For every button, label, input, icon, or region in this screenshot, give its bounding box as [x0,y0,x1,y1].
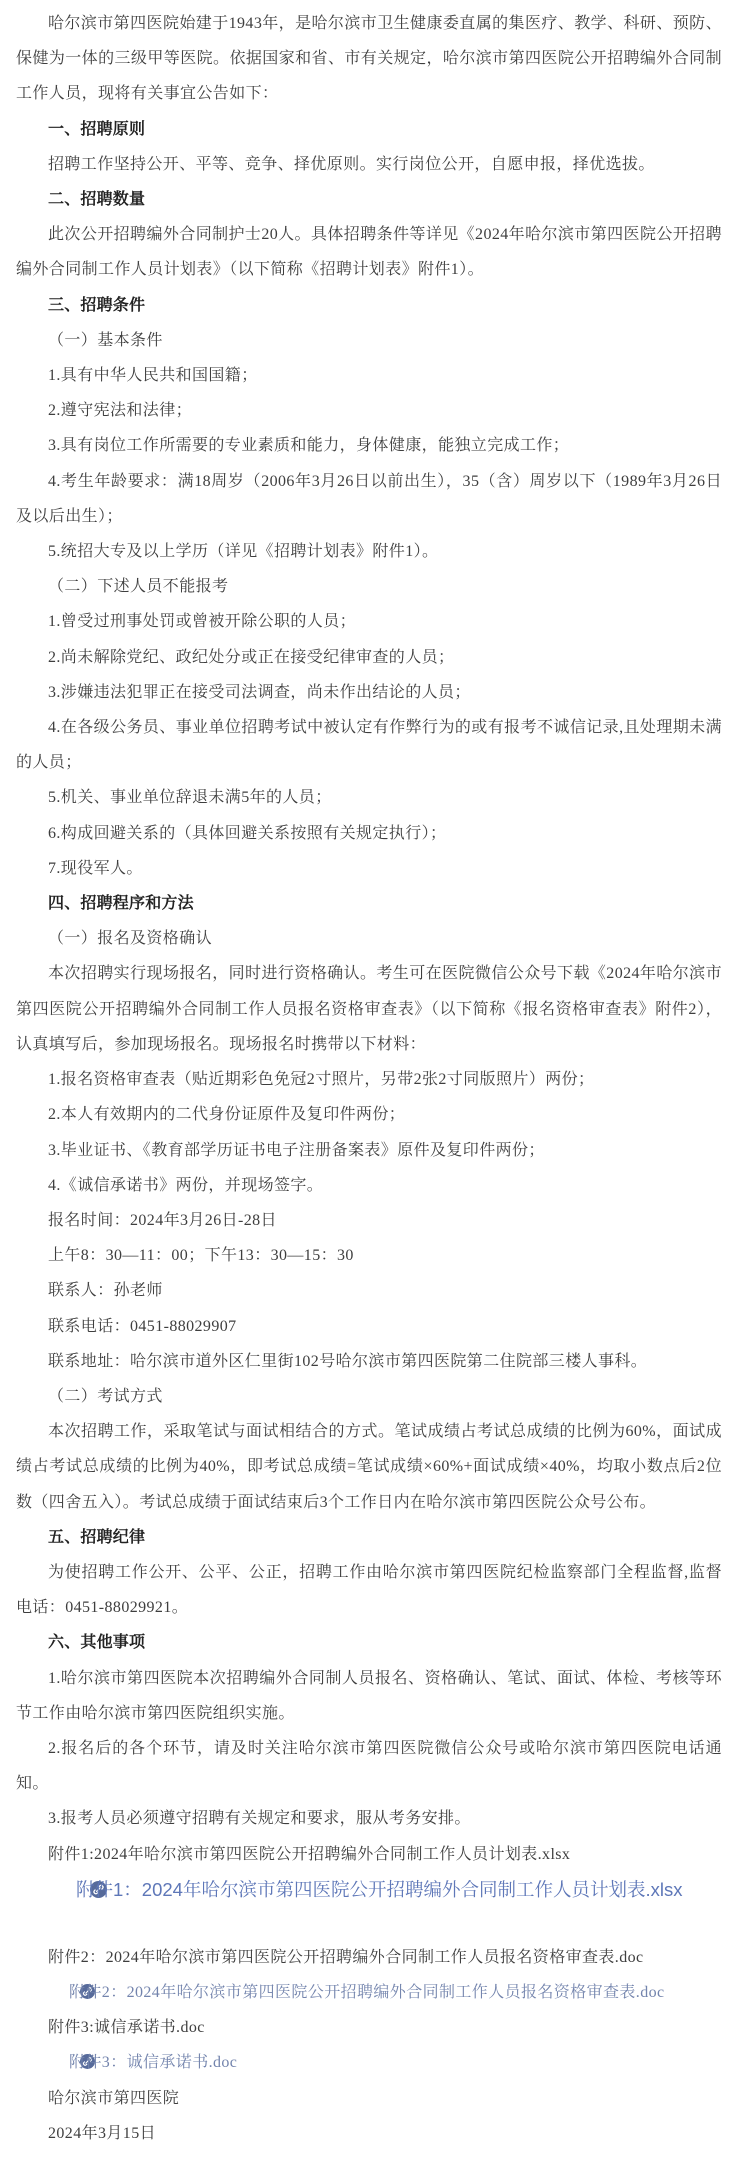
attachment-download-link[interactable]: 附件3：诚信承诺书.doc [16,2045,722,2080]
list-paragraph: 2.尚未解除党纪、政纪处分或正在接受纪律审查的人员； [16,640,722,675]
section-heading: 三、招聘条件 [16,288,722,323]
list-paragraph: 4.在各级公务员、事业单位招聘考试中被认定有作弊行为的或有报考不诚信记录,且处理… [16,710,722,780]
sub-heading: （一）报名及资格确认 [16,921,722,956]
section-heading: 一、招聘原则 [16,112,722,147]
list-paragraph: 7.现役军人。 [16,851,722,886]
attachment-link-label: 附件3：诚信承诺书.doc [69,2054,237,2071]
attachment-download-link[interactable]: 附件2：2024年哈尔滨市第四医院公开招聘编外合同制工作人员报名资格审查表.do… [16,1975,722,2010]
list-paragraph: 3.报考人员必须遵守招聘有关规定和要求，服从考务安排。 [16,1801,722,1836]
sub-heading: （二）下述人员不能报考 [16,569,722,604]
list-paragraph: 4.《诚信承诺书》两份，并现场签字。 [16,1168,722,1203]
attachment-link-icon [48,1977,63,1992]
list-paragraph: 5.统招大专及以上学历（详见《招聘计划表》附件1）。 [16,534,722,569]
list-paragraph: 6.构成回避关系的（具体回避关系按照有关规定执行）； [16,816,722,851]
section-heading: 六、其他事项 [16,1625,722,1660]
list-paragraph: 3.涉嫌违法犯罪正在接受司法调查，尚未作出结论的人员； [16,675,722,710]
announcement-document: 哈尔滨市第四医院始建于1943年，是哈尔滨市卫生健康委直属的集医疗、教学、科研、… [0,0,744,2176]
list-paragraph: 2.遵守宪法和法律； [16,393,722,428]
attachment-link-label: 附件1：2024年哈尔滨市第四医院公开招聘编外合同制工作人员计划表.xlsx [76,1879,682,1900]
list-paragraph: 1.报名资格审查表（贴近期彩色免冠2寸照片，另带2张2寸同版照片）两份； [16,1062,722,1097]
list-paragraph: 2.本人有效期内的二代身份证原件及复印件两份； [16,1097,722,1132]
attachment-download-link[interactable]: 附件1：2024年哈尔滨市第四医院公开招聘编外合同制工作人员计划表.xlsx [16,1872,722,1908]
list-paragraph: 2.报名后的各个环节，请及时关注哈尔滨市第四医院微信公众号或哈尔滨市第四医院电话… [16,1731,722,1801]
paragraph: 哈尔滨市第四医院始建于1943年，是哈尔滨市卫生健康委直属的集医疗、教学、科研、… [16,6,722,112]
list-paragraph: 1.哈尔滨市第四医院本次招聘编外合同制人员报名、资格确认、笔试、面试、体检、考核… [16,1661,722,1731]
section-heading: 五、招聘纪律 [16,1520,722,1555]
list-paragraph: 1.具有中华人民共和国国籍； [16,358,722,393]
signature-line: 哈尔滨市第四医院 [16,2081,722,2116]
list-paragraph: 上午8：30—11：00；下午13：30—15：30 [16,1238,722,1273]
section-heading: 四、招聘程序和方法 [16,886,722,921]
attachment-link-icon [48,2047,63,2062]
paragraph: 此次公开招聘编外合同制护士20人。具体招聘条件等详见《2024年哈尔滨市第四医院… [16,217,722,287]
attachment-link-icon [53,1874,70,1891]
attachment-filename-text: 附件2：2024年哈尔滨市第四医院公开招聘编外合同制工作人员报名资格审查表.do… [16,1940,722,1975]
section-heading: 二、招聘数量 [16,182,722,217]
list-paragraph: 1.曾受过刑事处罚或曾被开除公职的人员； [16,604,722,639]
list-paragraph: 5.机关、事业单位辞退未满5年的人员； [16,780,722,815]
list-paragraph: 联系地址：哈尔滨市道外区仁里街102号哈尔滨市第四医院第二住院部三楼人事科。 [16,1344,722,1379]
sub-heading: （二）考试方式 [16,1379,722,1414]
list-paragraph: 3.具有岗位工作所需要的专业素质和能力，身体健康，能独立完成工作； [16,428,722,463]
list-paragraph: 联系电话：0451-88029907 [16,1309,722,1344]
list-paragraph: 4.考生年龄要求：满18周岁（2006年3月26日以前出生），35（含）周岁以下… [16,464,722,534]
list-paragraph: 联系人：孙老师 [16,1273,722,1308]
list-paragraph: 3.毕业证书、《教育部学历证书电子注册备案表》原件及复印件两份； [16,1133,722,1168]
sub-heading: （一）基本条件 [16,323,722,358]
attachment-link-label: 附件2：2024年哈尔滨市第四医院公开招聘编外合同制工作人员报名资格审查表.do… [69,1984,665,2001]
attachment-filename-text: 附件3:诚信承诺书.doc [16,2010,722,2045]
list-paragraph: 报名时间：2024年3月26日-28日 [16,1203,722,1238]
signature-line: 2024年3月15日 [16,2116,722,2151]
paragraph: 本次招聘实行现场报名，同时进行资格确认。考生可在医院微信公众号下载《2024年哈… [16,956,722,1062]
paragraph: 招聘工作坚持公开、平等、竞争、择优原则。实行岗位公开，自愿申报，择优选拔。 [16,147,722,182]
paragraph: 本次招聘工作，采取笔试与面试相结合的方式。笔试成绩占考试总成绩的比例为60%，面… [16,1414,722,1520]
attachment-filename-text: 附件1:2024年哈尔滨市第四医院公开招聘编外合同制工作人员计划表.xlsx [16,1837,722,1872]
paragraph: 为使招聘工作公开、公平、公正，招聘工作由哈尔滨市第四医院纪检监察部门全程监督,监… [16,1555,722,1625]
